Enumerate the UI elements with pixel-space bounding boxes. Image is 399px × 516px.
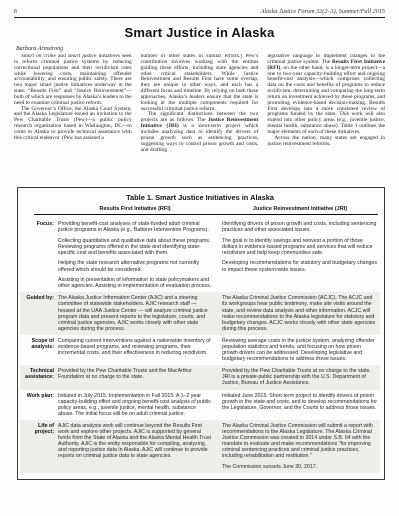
- body-text-columns: Smart on crime and smart justice initiat…: [14, 54, 385, 182]
- jri-cell: The Alaska Criminal Justice Commission (…: [222, 295, 378, 332]
- running-header: 6 Alaska Justice Forum 32(2–3), Summer/F…: [14, 8, 385, 18]
- body-column-3: legislative language to implement change…: [267, 54, 385, 182]
- jri-cell: Provided by the Pew Charitable Trusts at…: [222, 368, 378, 386]
- gutter: [212, 423, 222, 470]
- jri-cell: Initiated June 2015. Short-term project …: [222, 393, 378, 417]
- journal-title: Alaska Justice Forum 32(2–3), Summer/Fal…: [261, 8, 385, 15]
- jri-cell: The Alaska Criminal Justice Commission w…: [222, 423, 378, 470]
- row-label: Technical assistance:: [20, 368, 58, 386]
- table-row: Scope of analysis:Comparing current inte…: [20, 335, 380, 365]
- row-label: Guided by:: [20, 295, 58, 332]
- column-header-jri: Justice Reinvestment Initiative (JRI): [222, 206, 378, 212]
- table-body: Focus:Providing benefit-cost analyses of…: [20, 218, 380, 473]
- row-label: Life of project:: [20, 423, 58, 470]
- author-byline: Barbara Armstrong: [16, 46, 385, 52]
- table-row: Guided by:The Alaska Justice Information…: [20, 292, 380, 335]
- header-rule: [34, 214, 378, 215]
- column-header-rfi: Results First Initiative (RFI): [58, 206, 212, 212]
- rfi-cell: Initiated in July 2015. Implementation i…: [58, 393, 212, 417]
- body-paragraph: Smart on crime and smart justice initiat…: [14, 54, 132, 107]
- jri-cell: Identifying drivers of prison growth and…: [222, 221, 378, 289]
- body-column-2: number of other states in similar effort…: [141, 54, 259, 182]
- rfi-cell: Providing benefit-cost analyses of state…: [58, 221, 212, 289]
- rfi-cell: Comparing current interventions against …: [58, 338, 212, 362]
- document-page: 6 Alaska Justice Forum 32(2–3), Summer/F…: [0, 0, 399, 516]
- gutter: [212, 295, 222, 332]
- table-1: Table 1. Smart Justice Initiatives in Al…: [17, 187, 385, 480]
- label-column-spacer: [20, 206, 58, 212]
- row-label: Work plan:: [20, 393, 58, 417]
- table-column-headers: Results First Initiative (RFI) Justice R…: [20, 206, 380, 214]
- gutter: [212, 206, 222, 212]
- table-row: Work plan:Initiated in July 2015. Implem…: [20, 390, 380, 420]
- table-row: Focus:Providing benefit-cost analyses of…: [20, 218, 380, 292]
- gutter: [212, 338, 222, 362]
- body-paragraph: Across the nation, many states are engag…: [267, 136, 385, 148]
- jri-cell: Reviewing average costs in the justice s…: [222, 338, 378, 362]
- gutter: [212, 221, 222, 289]
- row-label: Scope of analysis:: [20, 338, 58, 362]
- page-number: 6: [14, 8, 17, 15]
- table-row: Technical assistance:Provided by the Pew…: [20, 365, 380, 389]
- row-label: Focus:: [20, 221, 58, 289]
- table-row: Life of project:AJiC data analysis work …: [20, 420, 380, 473]
- body-column-1: Smart on crime and smart justice initiat…: [14, 54, 132, 182]
- body-paragraph: The Governor’s Office, the Alaska Court …: [14, 107, 132, 142]
- body-paragraph: legislative language to implement change…: [267, 54, 385, 136]
- table-title: Table 1. Smart Justice Initiatives in Al…: [20, 193, 380, 202]
- rfi-cell: Provided by the Pew Charitable Trusts an…: [58, 368, 212, 386]
- article-title: Smart Justice in Alaska: [14, 25, 385, 40]
- rfi-cell: AJiC data analysis work will continue be…: [58, 423, 212, 470]
- body-paragraph: The significant distinctions between the…: [141, 112, 259, 153]
- rfi-cell: The Alaska Justice Information Center (A…: [58, 295, 212, 332]
- body-paragraph: number of other states in similar effort…: [141, 54, 259, 112]
- gutter: [212, 393, 222, 417]
- gutter: [212, 368, 222, 386]
